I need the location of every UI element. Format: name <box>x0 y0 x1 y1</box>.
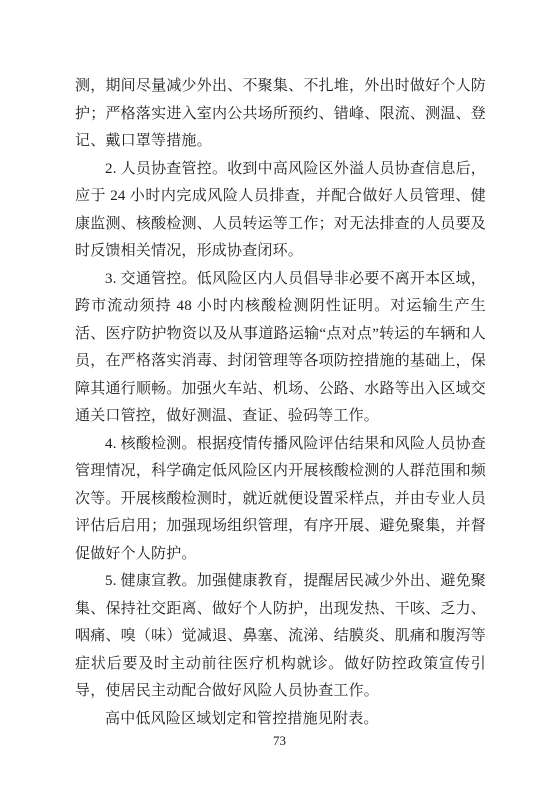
page-number: 73 <box>0 733 559 749</box>
paragraph: 测，期间尽量减少外出、不聚集、不扎堆，外出时做好个人防护；严格落实进入室内公共场… <box>75 73 486 156</box>
paragraph: 3. 交通管控。低风险区内人员倡导非必要不离开本区域，跨市流动须持 48 小时内… <box>75 266 486 431</box>
paragraph: 5. 健康宣教。加强健康教育，提醒居民减少外出、避免聚集、保持社交距离、做好个人… <box>75 568 486 706</box>
document-body-text: 测，期间尽量减少外出、不聚集、不扎堆，外出时做好个人防护；严格落实进入室内公共场… <box>75 73 486 733</box>
paragraph: 4. 核酸检测。根据疫情传播风险评估结果和风险人员协查管理情况，科学确定低风险区… <box>75 431 486 569</box>
document-page: 测，期间尽量减少外出、不聚集、不扎堆，外出时做好个人防护；严格落实进入室内公共场… <box>0 0 559 793</box>
paragraph: 2. 人员协查管控。收到中高风险区外溢人员协查信息后，应于 24 小时内完成风险… <box>75 156 486 266</box>
paragraph: 高中低风险区域划定和管控措施见附表。 <box>75 706 486 734</box>
